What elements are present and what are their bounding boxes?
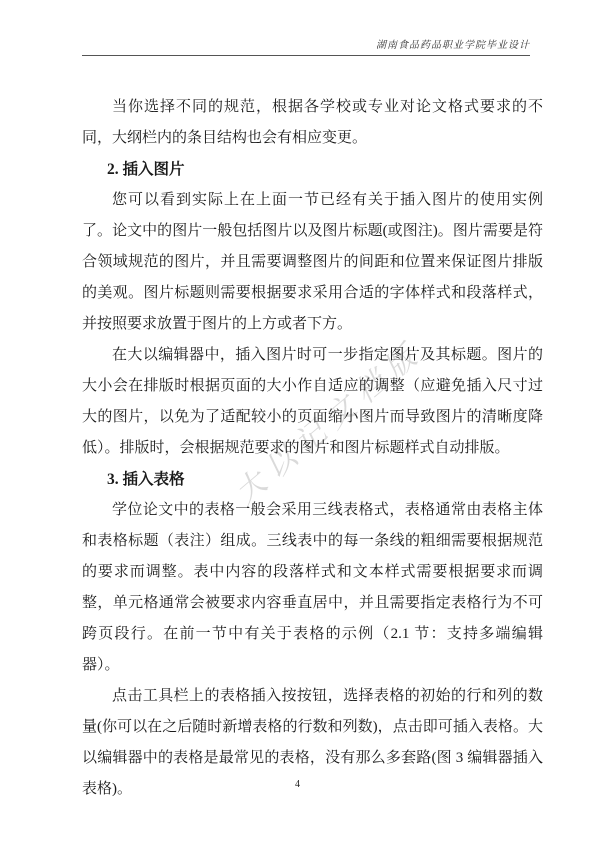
page-header: 湖南食品药品职业学院毕业设计 (82, 36, 530, 56)
document-page: 湖南食品药品职业学院毕业设计 大以记文档版 当你选择不同的规范，根据各学校或专业… (0, 0, 595, 842)
body-paragraph: 在大以编辑器中，插入图片时可一步指定图片及其标题。图片的大小会在排版时根据页面的… (82, 340, 543, 464)
body-paragraph: 点击工具栏上的表格插入按按钮，选择表格的初始的行和列的数量(你可以在之后随时新增… (82, 681, 543, 805)
body-paragraph: 当你选择不同的规范，根据各学校或专业对论文格式要求的不同，大纲栏内的条目结构也会… (82, 92, 543, 154)
body-paragraph: 学位论文中的表格一般会采用三线表格式，表格通常由表格主体和表格标题（表注）组成。… (82, 495, 543, 681)
section-heading: 3. 插入表格 (82, 464, 543, 495)
body-paragraph: 您可以看到实际上在上面一节已经有关于插入图片的使用实例了。论文中的图片一般包括图… (82, 185, 543, 340)
document-body: 当你选择不同的规范，根据各学校或专业对论文格式要求的不同，大纲栏内的条目结构也会… (82, 92, 543, 805)
section-heading: 2. 插入图片 (82, 154, 543, 185)
header-title: 湖南食品药品职业学院毕业设计 (376, 40, 530, 51)
